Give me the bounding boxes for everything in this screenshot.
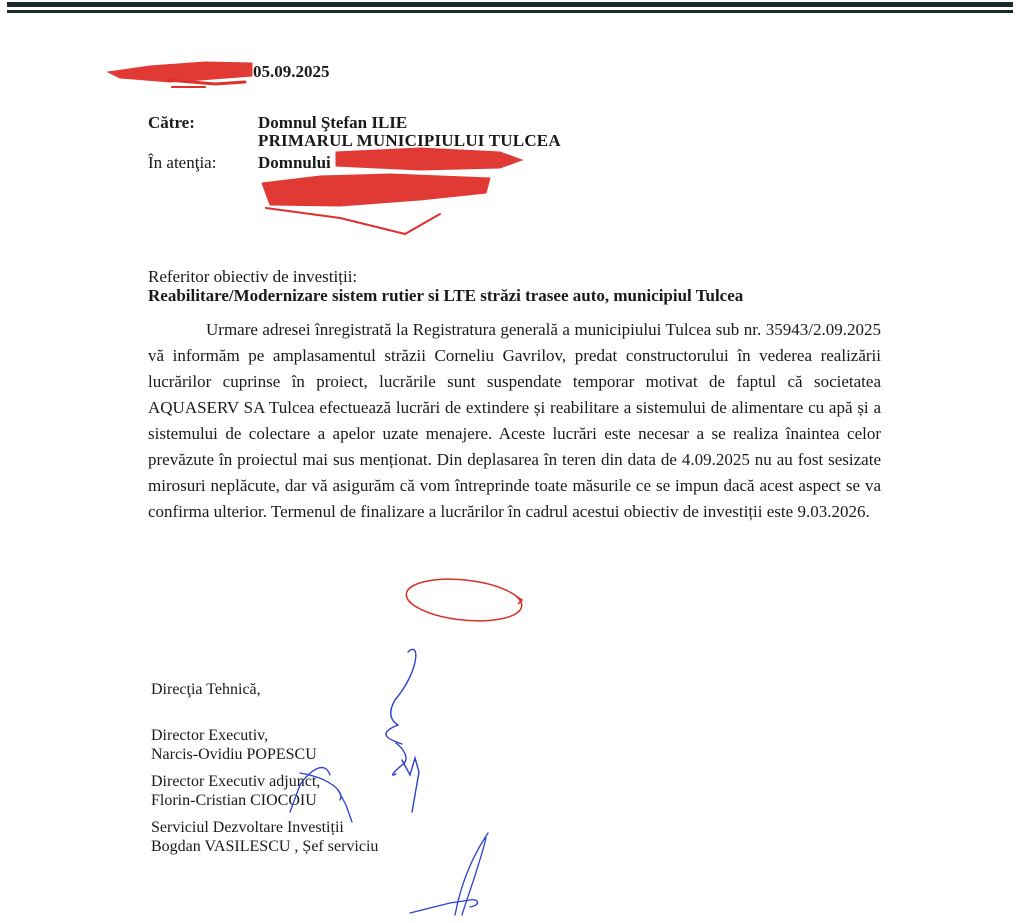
signature-popescu [386,649,419,812]
deadline-circle-annotation [404,574,524,626]
signature-name: Bogdan VASILESCU , Șef serviciu [151,837,378,856]
reference-label: Referitor obiectiv de investiții: [148,267,357,287]
reference-title: Reabilitare/Modernizare sistem rutier si… [148,286,743,306]
deadline-date: 9.03.2026. [797,502,869,521]
signature-name: Florin-Cristian CIOCOIU [151,791,320,810]
header-rule-bottom [7,10,1013,13]
signature-block-serviciu: Serviciul Dezvoltare Investiții Bogdan V… [151,818,378,856]
signature-line-1: Direcţia Tehnică, [151,680,261,699]
attention-label: În atenţia: [148,153,216,173]
signature-role: Serviciul Dezvoltare Investiții [151,818,378,837]
redaction-scribble-reg-number [108,62,252,87]
recipient-label: Către: [148,113,195,133]
signature-block-directie: Direcţia Tehnică, [151,680,261,699]
recipient-title: PRIMARUL MUNICIPIULUI TULCEA [258,131,561,151]
signature-role: Director Executiv adjunct, [151,772,320,791]
redaction-scribble-attention-title [262,174,490,234]
header-rule-top [7,2,1013,7]
signature-block-director-adjunct: Director Executiv adjunct, Florin-Cristi… [151,772,320,810]
signature-name: Narcis-Ovidiu POPESCU [151,745,317,764]
body-paragraph: Urmare adresei înregistrată la Registrat… [148,317,881,525]
attention-name: Domnului [258,153,331,173]
signature-block-director-executiv: Director Executiv, Narcis-Ovidiu POPESCU [151,726,317,764]
document-date: 05.09.2025 [253,62,330,82]
recipient-name: Domnul Ştefan ILIE [258,113,407,133]
body-text: Urmare adresei înregistrată la Registrat… [148,320,881,521]
signature-vasilescu [410,833,488,915]
redaction-scribble-attention-name [336,148,522,170]
signature-role: Director Executiv, [151,726,317,745]
